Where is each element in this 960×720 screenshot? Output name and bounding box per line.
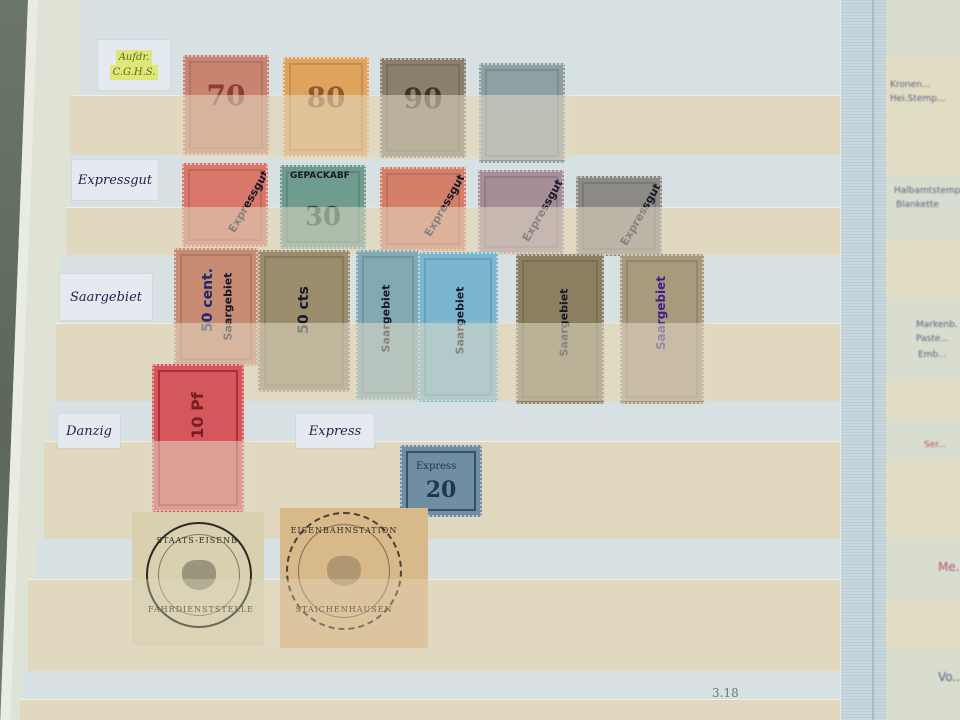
note: Blankette: [896, 200, 939, 211]
note: Emb...: [918, 350, 947, 361]
spine-fold: [872, 0, 874, 720]
label-aufdruck: Aufdr. C.G.H.S.: [98, 40, 170, 90]
label-line: C.G.H.S.: [110, 65, 159, 80]
label-saargebiet: Saargebiet: [60, 274, 152, 320]
label-danzig: Danzig: [58, 414, 120, 448]
note: Ser...: [924, 440, 947, 451]
page-number: 3.18: [712, 686, 739, 700]
label-express: Express: [296, 414, 374, 448]
note: Paste...: [916, 334, 949, 345]
stamp: Express20: [400, 445, 482, 517]
album-spine: [840, 0, 891, 720]
next-album-page: Kronen... Hei.Stemp... Halbamtstemp. Bla…: [886, 0, 960, 720]
label-line: Aufdr.: [116, 50, 153, 65]
note: Me...: [938, 562, 960, 573]
note: Kronen...: [890, 80, 930, 91]
note: Markenb.: [916, 320, 958, 331]
note: Vo...: [938, 672, 960, 683]
note: Hei.Stemp...: [890, 94, 946, 105]
note: Halbamtstemp.: [894, 186, 960, 197]
label-expressgut: Expressgut: [72, 160, 158, 200]
